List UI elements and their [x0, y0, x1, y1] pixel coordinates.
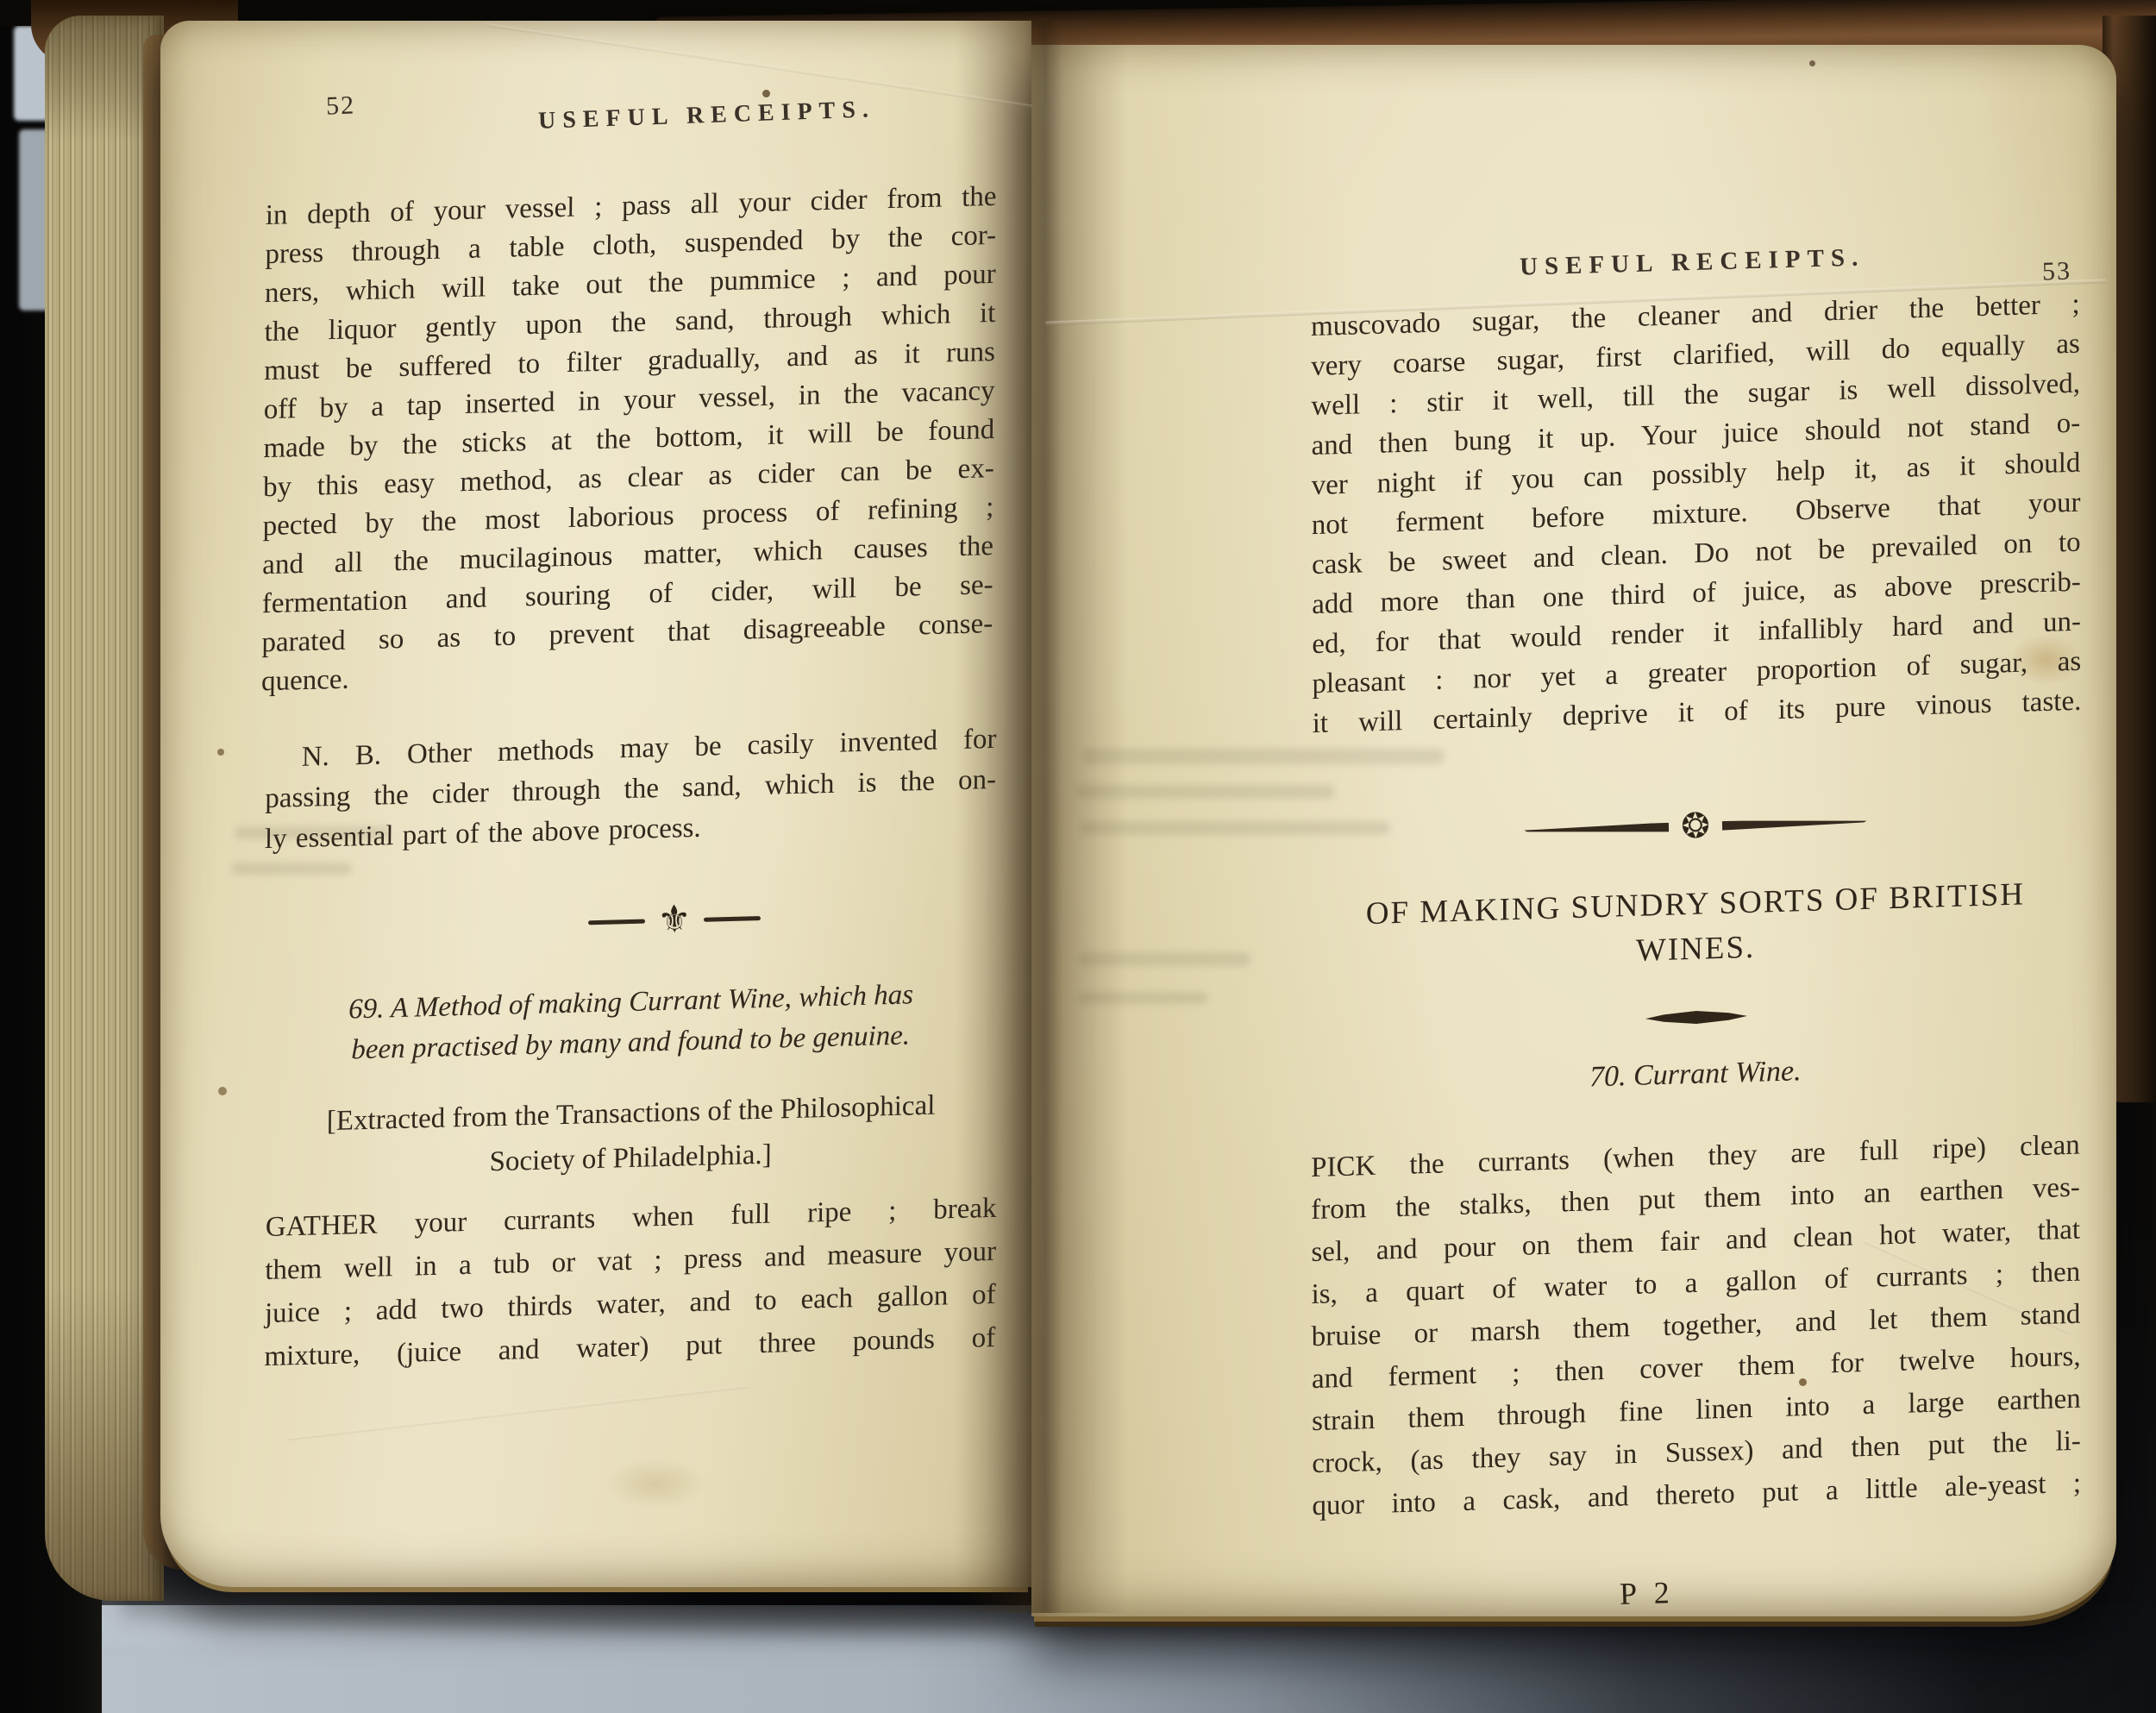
showthrough-text [1078, 952, 1250, 966]
divider-swelled-rule [1524, 822, 1669, 836]
rosette-icon: ❂ [1681, 809, 1711, 844]
ink-speck [217, 749, 224, 756]
source-note: [Extracted from the Transactions of the … [265, 1082, 997, 1190]
paragraph-cider: in depth of your vessel ; pass all your … [261, 178, 997, 702]
ink-speck [218, 1087, 227, 1095]
page-number: 52 [325, 91, 355, 121]
showthrough-text [231, 863, 352, 875]
divider-rule [588, 919, 645, 925]
page-number: 53 [2042, 257, 2072, 287]
divider-rule [704, 916, 761, 922]
showthrough-text [1078, 992, 1207, 1004]
fleuron-icon: ⚜ [657, 900, 693, 939]
paragraph-pick: PICK the currants (when they are full ri… [1311, 1125, 2081, 1528]
paragraph-nb: N. B. Other methods may be casily invent… [265, 719, 997, 860]
open-book-scan: 52 USEFUL RECEIPTS. in depth of your ves… [0, 0, 2156, 1713]
paragraph-gather: GATHER your currants when full ripe ; br… [264, 1187, 996, 1378]
ink-speck [1809, 60, 1815, 66]
divider-swelled-rule [1722, 817, 1867, 831]
ink-speck [762, 90, 770, 97]
paper-stain [604, 1458, 707, 1509]
showthrough-text [1076, 785, 1335, 799]
showthrough-text [1082, 749, 1445, 764]
paragraph-sugar: muscovado sugar, the cleaner and drier t… [1311, 285, 2081, 744]
signature-mark: P 2 [1619, 1574, 1675, 1612]
